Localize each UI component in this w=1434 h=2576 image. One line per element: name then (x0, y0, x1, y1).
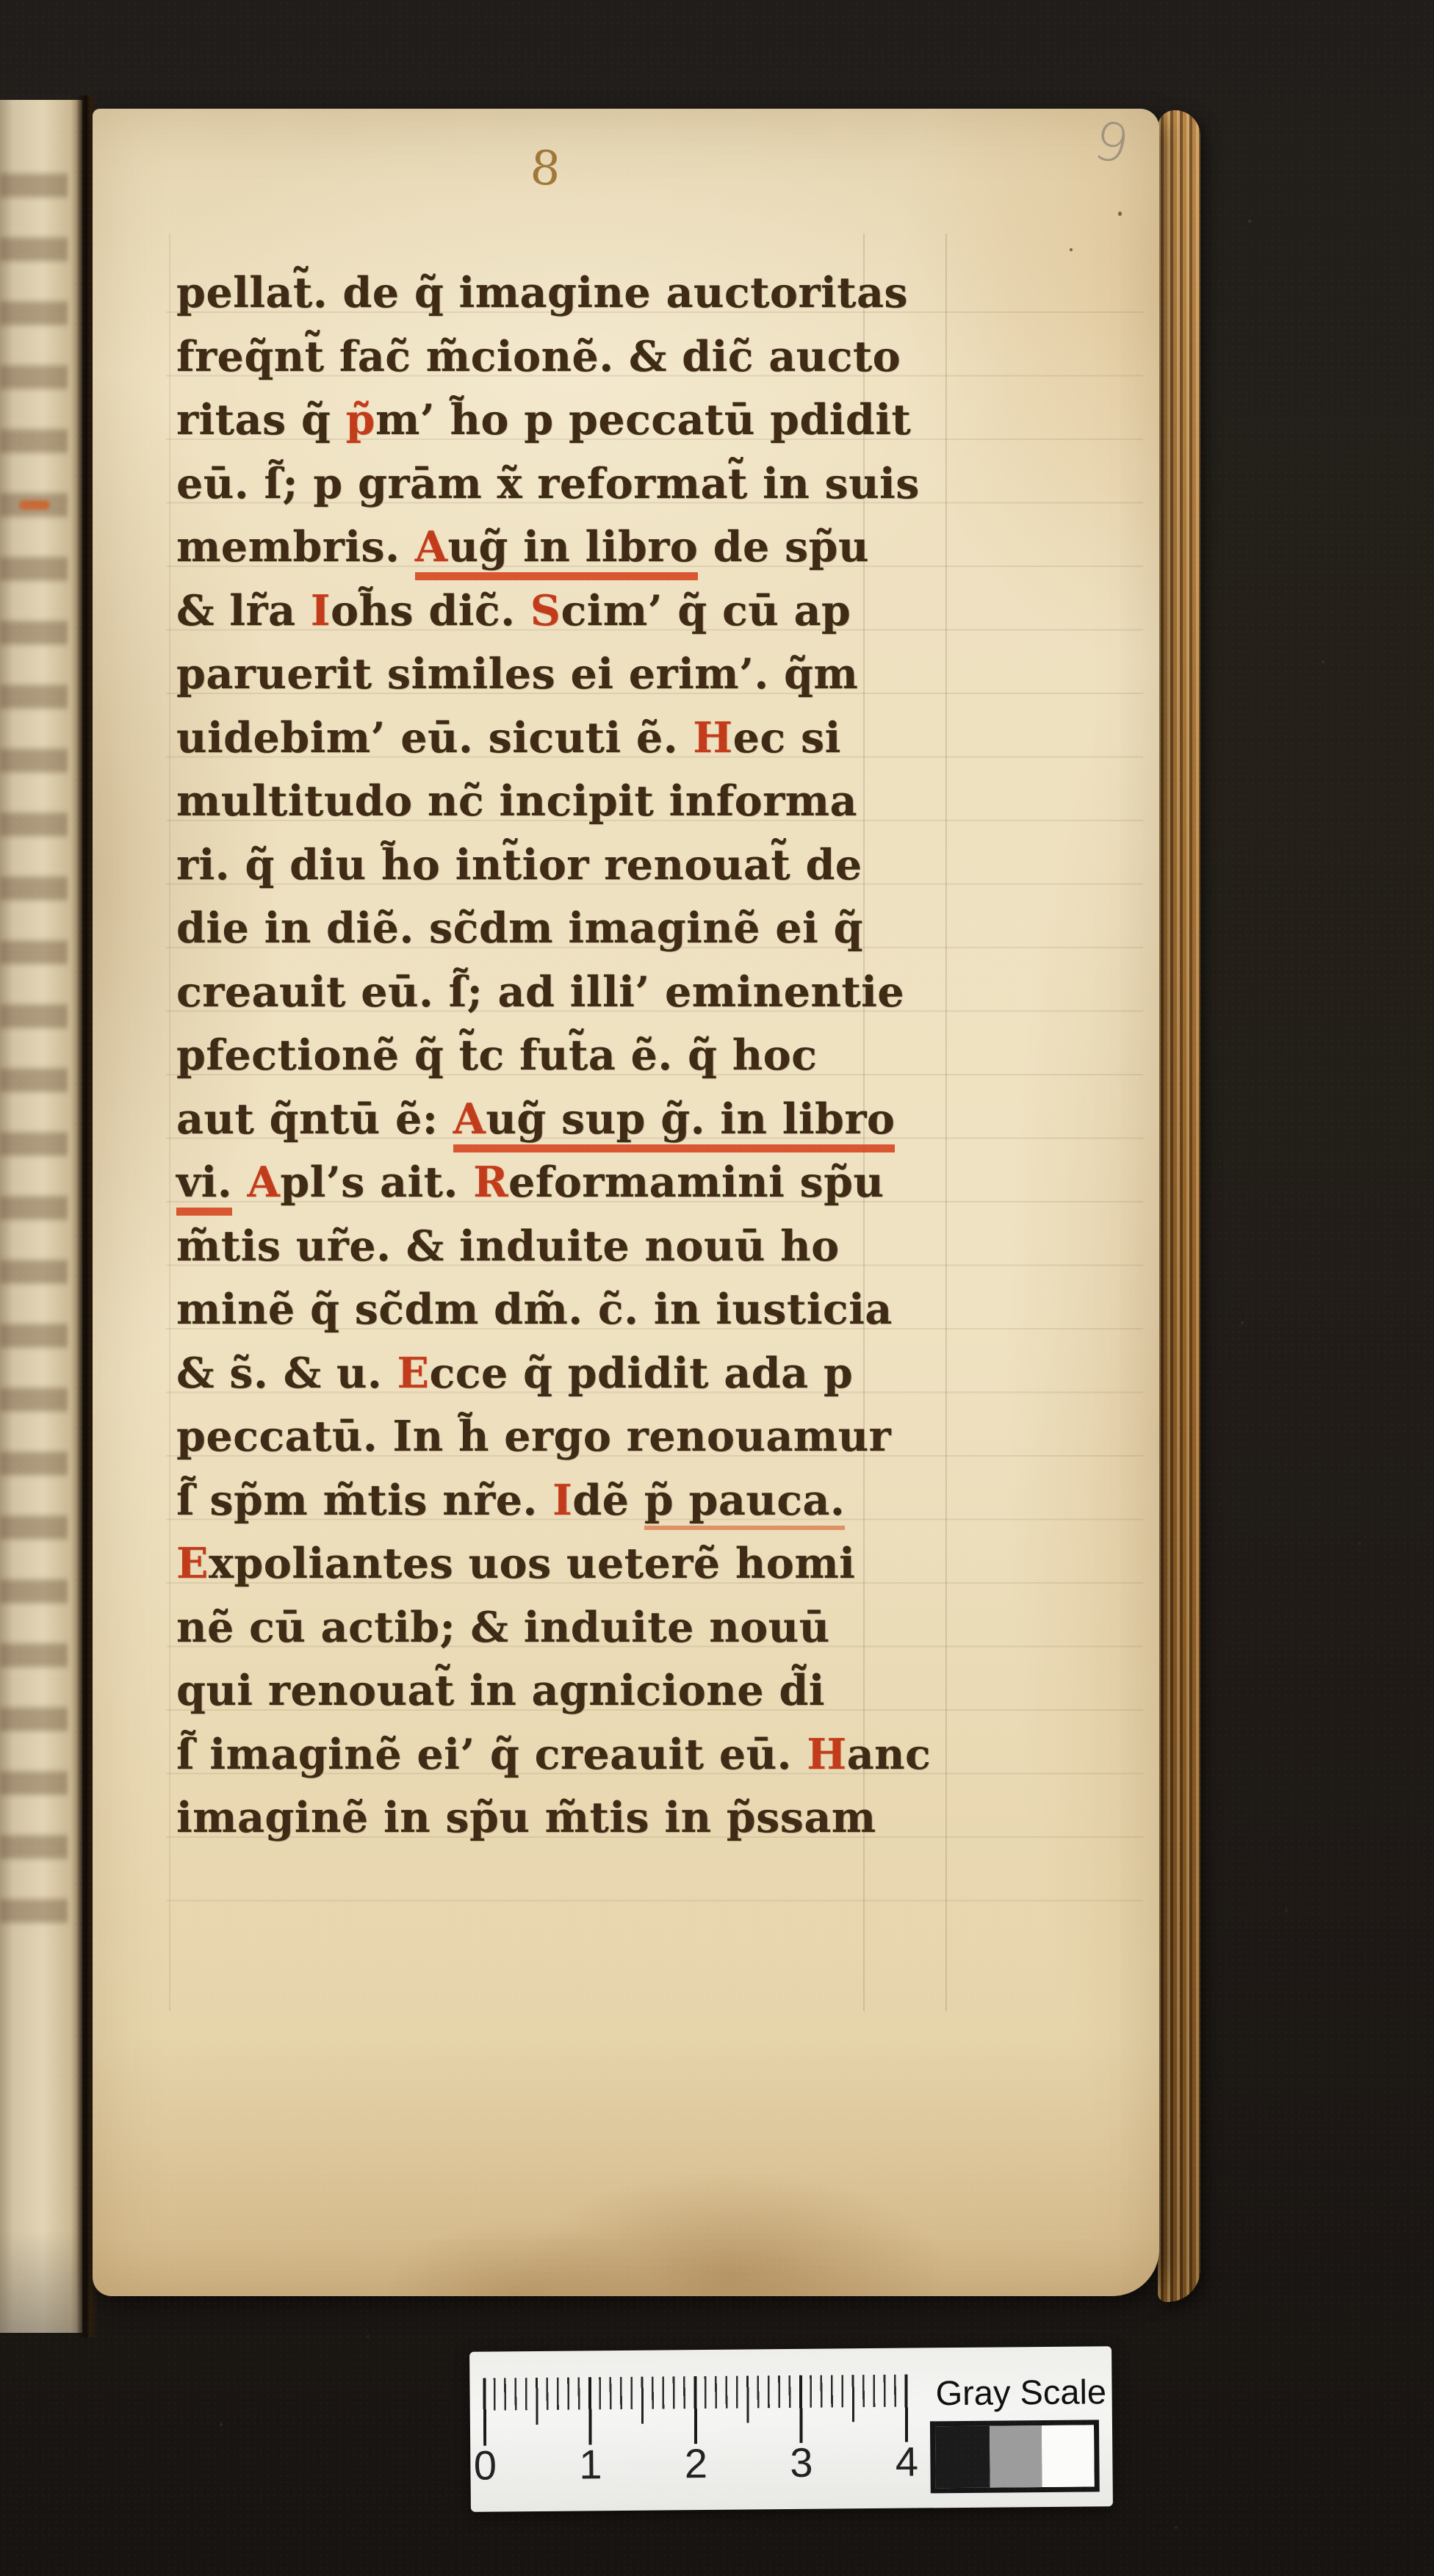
script-text: cim’ q̃ cū ap (561, 586, 851, 635)
gray-patch (990, 2425, 1042, 2488)
script-text: & lr̃a (176, 586, 311, 635)
script-text: membris. (176, 522, 415, 571)
script-text: creauit eū. ſ̃; ad illi’ eminentie (176, 967, 904, 1017)
script-text: anc (847, 1730, 932, 1779)
script-text: minẽ q̃ sc̃dm dm̃. c̃. in iusticia (176, 1285, 893, 1334)
script-text: cce q̃ pdidit ada p (429, 1349, 853, 1398)
script-text: eū. ſ̃; p grām x̃ reformat̃ in suis (176, 459, 920, 508)
script-text: ri. q̃ diu h̃o int̃ior renouat̃ de (176, 840, 862, 890)
script-text: ſ̃ imaginẽ ei’ q̃ creauit eū. (176, 1730, 807, 1779)
gray-scale-patches (930, 2420, 1100, 2493)
script-text: multitudo nc̃ incipit informa (176, 776, 857, 826)
ruler-number: 4 (896, 2439, 919, 2484)
script-text (232, 1158, 247, 1207)
rubric-underlined-text: ug̃ in libro (447, 522, 698, 580)
rubricated-initial: I (552, 1476, 572, 1525)
script-text: dẽ (572, 1476, 644, 1525)
black-patch (935, 2426, 990, 2489)
manuscript-line: eū. ſ̃; p grām x̃ reformat̃ in suis (176, 452, 1006, 516)
script-text: aut q̃ntū ẽ: (176, 1094, 453, 1144)
ruler-number: 0 (474, 2443, 497, 2489)
manuscript-line: multitudo nc̃ incipit informa (176, 770, 1006, 834)
script-text: & s̃. & u. (176, 1349, 397, 1398)
centimeter-ticks (483, 2375, 912, 2446)
manuscript-line: ri. q̃ diu h̃o int̃ior renouat̃ de (176, 834, 1006, 898)
rubric-underlined-text: p̃ pauca. (644, 1476, 845, 1530)
script-text: xpoliantes uos ueterẽ homi (209, 1539, 855, 1588)
manuscript-line: & s̃. & u. Ecce q̃ pdidit ada p (176, 1342, 1006, 1406)
script-text: nẽ cū actib; & induite nouū (176, 1603, 830, 1652)
script-text: pl’s ait. (280, 1158, 473, 1207)
folio-number-ink: 8 (529, 145, 562, 194)
script-text: oh̃s dic̃. (331, 586, 530, 635)
manuscript-line: vi. Apl’s ait. Reformamini sp̃u (176, 1151, 1006, 1215)
rubric-underlined-text: ug̃ sup g̃. in libro (486, 1094, 895, 1152)
ruler-number: 3 (790, 2440, 813, 2486)
facing-page-ghost-text (0, 151, 68, 1951)
rubricated-initial: p̃ (346, 395, 375, 444)
text-block: pellat̃. de q̃ imagine auctoritasfreq̃nt… (176, 261, 1006, 1850)
rubricated-initial: H (693, 713, 732, 762)
script-text: ritas q̃ (176, 395, 346, 444)
ruler-number: 1 (579, 2442, 602, 2487)
manuscript-line: nẽ cū actib; & induite nouū (176, 1596, 1006, 1660)
script-text: qui renouat̃ in agnicione d̃i (176, 1666, 825, 1715)
manuscript-line: minẽ q̃ sc̃dm dm̃. c̃. in iusticia (176, 1278, 1006, 1342)
rubricated-initial: E (176, 1539, 209, 1588)
white-patch (1042, 2425, 1095, 2487)
manuscript-line: Expoliantes uos ueterẽ homi (176, 1532, 1006, 1596)
rubricated-initial: S (530, 586, 561, 635)
manuscript-line: uidebim’ eū. sicuti ẽ. Hec si (176, 707, 1006, 771)
script-text: pellat̃. de q̃ imagine auctoritas (176, 268, 908, 317)
manuscript-line: ſ̃ sp̃m m̃tis nr̃e. Idẽ p̃ pauca. (176, 1469, 1006, 1533)
script-text: m’ h̃o p peccatū pdidit (375, 395, 911, 444)
script-text: ſ̃ sp̃m m̃tis nr̃e. (176, 1476, 552, 1525)
rubricated-initial: A (453, 1094, 486, 1152)
facing-page-sliver (0, 100, 82, 2333)
rubricated-initial: I (311, 586, 331, 635)
manuscript-line: freq̃nt̃ fac̃ m̃cionẽ. & dic̃ aucto (176, 325, 1006, 389)
manuscript-line: pfectionẽ q̃ t̃c fut̃a ẽ. q̃ hoc (176, 1024, 1006, 1088)
manuscript-line: paruerit similes ei erim’. q̃m (176, 643, 1006, 707)
script-text: m̃tis ur̃e. & induite nouū ho (176, 1222, 840, 1271)
manuscript-line: pellat̃. de q̃ imagine auctoritas (176, 261, 1006, 325)
script-text: imaginẽ in sp̃u m̃tis in p̃ssam (176, 1793, 876, 1842)
rubricated-initial: H (807, 1730, 846, 1779)
manuscript-photograph: 8 9 pellat̃. de q̃ imagine auctoritasfre… (0, 0, 1434, 2576)
script-text: ec si (733, 713, 841, 762)
ruler-numbers: 01234 (469, 2346, 1111, 2352)
manuscript-line: peccatū. In h̃ ergo renouamur (176, 1405, 1006, 1469)
rubricated-initial: R (473, 1158, 508, 1207)
script-text: de sp̃u (698, 522, 869, 571)
script-text: paruerit similes ei erim’. q̃m (176, 649, 858, 699)
script-text: freq̃nt̃ fac̃ m̃cionẽ. & dic̃ aucto (176, 332, 901, 381)
rubricated-initial: E (397, 1349, 430, 1398)
gray-scale-label: Gray Scale (935, 2371, 1106, 2413)
manuscript-line: membris. Aug̃ in libro de sp̃u (176, 516, 1006, 580)
manuscript-line: imaginẽ in sp̃u m̃tis in p̃ssam (176, 1786, 1006, 1850)
manuscript-line: die in diẽ. sc̃dm imaginẽ ei q̃ (176, 897, 1006, 961)
facing-page-red-mark (19, 500, 50, 510)
manuscript-line: & lr̃a Ioh̃s dic̃. Scim’ q̃ cū ap (176, 580, 1006, 643)
rubricated-initial: A (415, 522, 448, 580)
manuscript-line: aut q̃ntū ẽ: Aug̃ sup g̃. in libro (176, 1088, 1006, 1152)
ink-speck (1070, 248, 1073, 251)
manuscript-line: m̃tis ur̃e. & induite nouū ho (176, 1215, 1006, 1279)
script-text: peccatū. In h̃ ergo renouamur (176, 1412, 891, 1461)
ruler-number: 2 (685, 2441, 708, 2486)
script-text: eformamini sp̃u (508, 1158, 884, 1207)
script-text: pfectionẽ q̃ t̃c fut̃a ẽ. q̃ hoc (176, 1031, 817, 1080)
manuscript-line: ritas q̃ p̃m’ h̃o p peccatū pdidit (176, 389, 1006, 452)
facing-page-shadow (0, 2230, 82, 2333)
manuscript-line: ſ̃ imaginẽ ei’ q̃ creauit eū. Hanc (176, 1723, 1006, 1787)
rubric-underlined-text: vi. (176, 1158, 232, 1216)
dust-specks (0, 0, 1, 1)
left-margin-ruling-line (169, 234, 170, 2011)
script-text: uidebim’ eū. sicuti ẽ. (176, 713, 693, 762)
manuscript-line: qui renouat̃ in agnicione d̃i (176, 1659, 1006, 1723)
calibration-ruler: 01234 Gray Scale (469, 2346, 1113, 2512)
ink-speck (1118, 212, 1122, 216)
manuscript-line: creauit eū. ſ̃; ad illi’ eminentie (176, 961, 1006, 1025)
rubricated-initial: A (247, 1158, 280, 1207)
script-text: die in diẽ. sc̃dm imaginẽ ei q̃ (176, 903, 863, 953)
book-fore-edge (1158, 110, 1200, 2302)
